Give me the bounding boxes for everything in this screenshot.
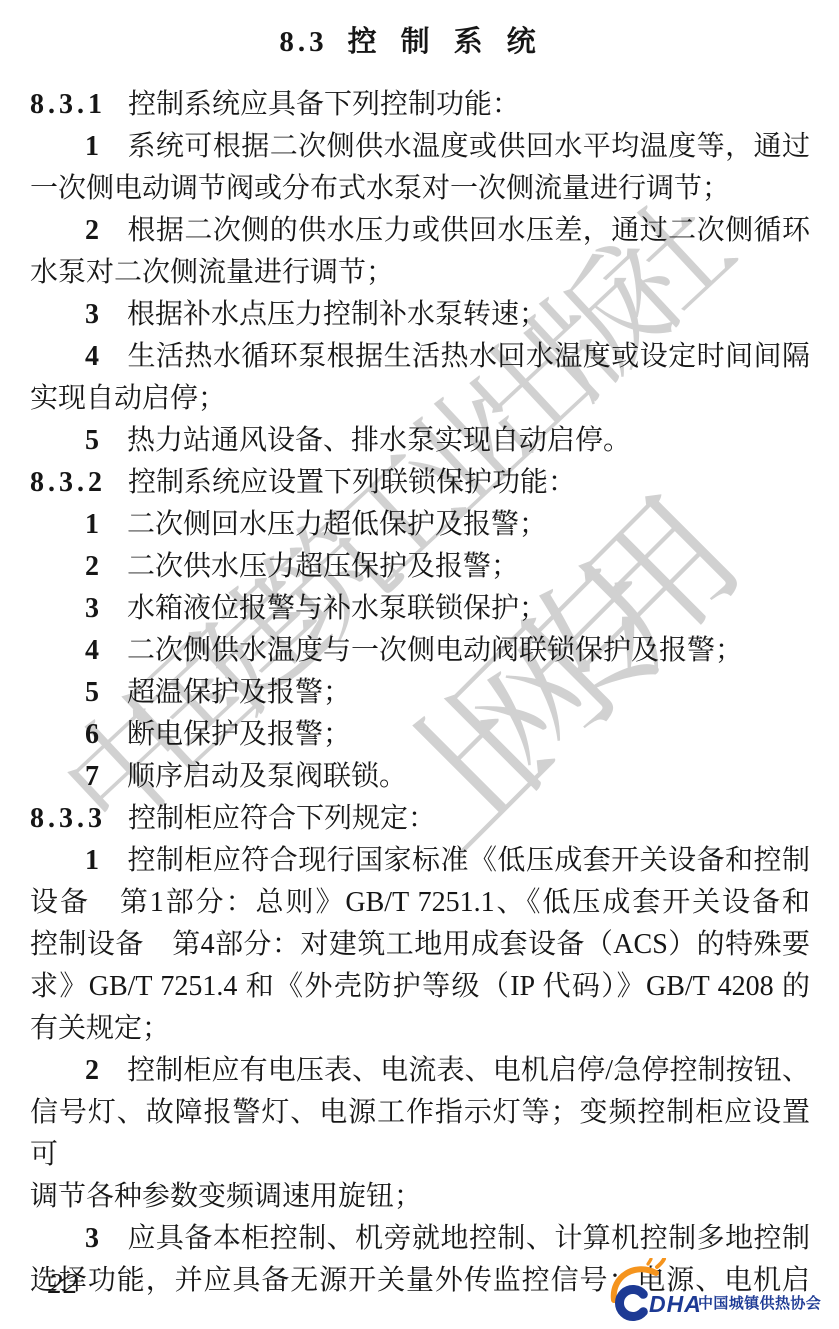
- item-number: 3: [85, 593, 99, 624]
- line-text: 二次供水压力超压保护及报警；: [127, 551, 519, 582]
- line-text: 水泵对二次侧流量进行调节；: [30, 257, 394, 288]
- item-number: 5: [85, 677, 99, 708]
- text-line: 1二次侧回水压力超低保护及报警；: [30, 504, 810, 546]
- text-line: 控制设备 第4部分：对建筑工地用成套设备（ACS）的特殊要: [30, 924, 810, 966]
- line-text: 控制柜应符合现行国家标准《低压成套开关设备和控制: [127, 845, 810, 876]
- line-text: 设备 第1部分：总则》GB/T 7251.1、《低压成套开关设备和: [30, 887, 810, 918]
- line-text: 一次侧电动调节阀或分布式水泵对一次侧流量进行调节；: [30, 173, 730, 204]
- text-line: 水泵对二次侧流量进行调节；: [30, 252, 810, 294]
- text-line: 信号灯、故障报警灯、电源工作指示灯等；变频控制柜应设置可: [30, 1092, 810, 1176]
- item-number: 1: [85, 509, 99, 540]
- text-line: 一次侧电动调节阀或分布式水泵对一次侧流量进行调节；: [30, 168, 810, 210]
- text-line: 2二次供水压力超压保护及报警；: [30, 546, 810, 588]
- line-text: 信号灯、故障报警灯、电源工作指示灯等；变频控制柜应设置可: [30, 1097, 810, 1170]
- line-text: 实现自动启停；: [30, 383, 226, 414]
- item-number: 3: [85, 299, 99, 330]
- item-number: 1: [85, 131, 99, 162]
- text-line: 2根据二次侧的供水压力或供回水压差，通过二次侧循环: [30, 210, 810, 252]
- item-number: 5: [85, 425, 99, 456]
- item-number: 3: [85, 1223, 99, 1254]
- footer-logo: DHA 中国城镇供热协会: [610, 1258, 832, 1324]
- section-number: 8.3.2: [30, 467, 106, 498]
- section-number: 8.3.1: [30, 89, 106, 120]
- line-text: 系统可根据二次侧供水温度或供回水平均温度等，通过: [127, 131, 810, 162]
- text-line: 8.3.2控制系统应设置下列联锁保护功能：: [30, 462, 810, 504]
- line-text: 有关规定；: [30, 1013, 170, 1044]
- text-line: 有关规定；: [30, 1008, 810, 1050]
- item-number: 2: [85, 551, 99, 582]
- content: 8.3.1控制系统应具备下列控制功能：1系统可根据二次侧供水温度或供回水平均温度…: [30, 84, 810, 1302]
- line-text: 断电保护及报警；: [127, 719, 351, 750]
- text-line: 1系统可根据二次侧供水温度或供回水平均温度等，通过: [30, 126, 810, 168]
- line-text: 二次侧供水温度与一次侧电动阀联锁保护及报警；: [127, 635, 743, 666]
- line-text: 控制柜应符合下列规定：: [128, 803, 436, 834]
- line-text: 水箱液位报警与补水泵联锁保护；: [127, 593, 547, 624]
- item-number: 2: [85, 215, 99, 246]
- line-text: 控制系统应设置下列联锁保护功能：: [128, 467, 576, 498]
- item-number: 6: [85, 719, 99, 750]
- text-line: 6断电保护及报警；: [30, 714, 810, 756]
- line-text: 控制柜应有电压表、电流表、电机启停/急停控制按钮、: [127, 1055, 810, 1086]
- logo-name: 中国城镇供热协会: [698, 1294, 821, 1312]
- text-line: 求》GB/T 7251.4 和《外壳防护等级（IP 代码）》GB/T 4208 …: [30, 966, 810, 1008]
- text-line: 1控制柜应符合现行国家标准《低压成套开关设备和控制: [30, 840, 810, 882]
- logo-c-icon: [619, 1290, 643, 1317]
- page-number: 22: [48, 1268, 79, 1301]
- item-number: 7: [85, 761, 99, 792]
- text-line: 7顺序启动及泵阀联锁。: [30, 756, 810, 798]
- text-line: 3根据补水点压力控制补水泵转速；: [30, 294, 810, 336]
- text-line: 调节各种参数变频调速用旋钮；: [30, 1176, 810, 1218]
- text-line: 4生活热水循环泵根据生活热水回水温度或设定时间间隔: [30, 336, 810, 378]
- line-text: 控制设备 第4部分：对建筑工地用成套设备（ACS）的特殊要: [30, 929, 810, 960]
- line-text: 生活热水循环泵根据生活热水回水温度或设定时间间隔: [127, 341, 810, 372]
- line-text: 根据补水点压力控制补水泵转速；: [127, 299, 547, 330]
- text-line: 实现自动启停；: [30, 378, 810, 420]
- item-number: 2: [85, 1055, 99, 1086]
- section-number: 8.3.3: [30, 803, 106, 834]
- line-text: 超温保护及报警；: [127, 677, 351, 708]
- line-text: 二次侧回水压力超低保护及报警；: [127, 509, 547, 540]
- text-line: 设备 第1部分：总则》GB/T 7251.1、《低压成套开关设备和: [30, 882, 810, 924]
- text-line: 3应具备本柜控制、机旁就地控制、计算机控制多地控制: [30, 1218, 810, 1260]
- text-line: 5超温保护及报警；: [30, 672, 810, 714]
- text-line: 8.3.1控制系统应具备下列控制功能：: [30, 84, 810, 126]
- text-line: 2控制柜应有电压表、电流表、电机启停/急停控制按钮、: [30, 1050, 810, 1092]
- line-text: 调节各种参数变频调速用旋钮；: [30, 1181, 422, 1212]
- logo-abbr: DHA: [649, 1291, 702, 1317]
- line-text: 顺序启动及泵阀联锁。: [127, 761, 407, 792]
- item-number: 4: [85, 341, 99, 372]
- text-line: 3水箱液位报警与补水泵联锁保护；: [30, 588, 810, 630]
- line-text: 求》GB/T 7251.4 和《外壳防护等级（IP 代码）》GB/T 4208 …: [30, 971, 810, 1002]
- page-title: 8.3控制系统: [0, 22, 839, 62]
- title-number: 8.3: [279, 26, 327, 58]
- item-number: 4: [85, 635, 99, 666]
- text-line: 8.3.3控制柜应符合下列规定：: [30, 798, 810, 840]
- text-line: 5热力站通风设备、排水泵实现自动启停。: [30, 420, 810, 462]
- document-page: 中国建筑工业出版社 上网专用 8.3控制系统 8.3.1控制系统应具备下列控制功…: [0, 0, 839, 1329]
- title-text: 控制系统: [348, 26, 560, 58]
- line-text: 控制系统应具备下列控制功能：: [128, 89, 520, 120]
- line-text: 根据二次侧的供水压力或供回水压差，通过二次侧循环: [127, 215, 810, 246]
- item-number: 1: [85, 845, 99, 876]
- text-line: 4二次侧供水温度与一次侧电动阀联锁保护及报警；: [30, 630, 810, 672]
- line-text: 热力站通风设备、排水泵实现自动启停。: [127, 425, 631, 456]
- line-text: 应具备本柜控制、机旁就地控制、计算机控制多地控制: [127, 1223, 810, 1254]
